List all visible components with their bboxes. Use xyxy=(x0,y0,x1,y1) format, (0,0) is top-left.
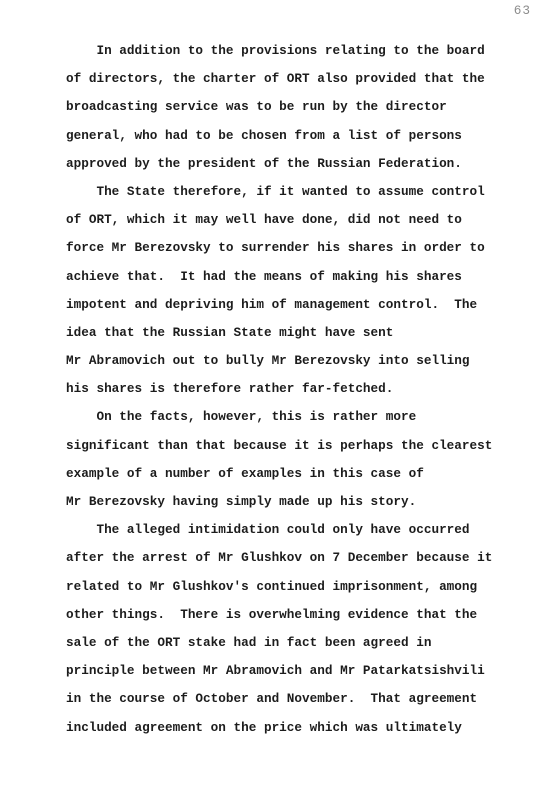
text-line: approved by the president of the Russian… xyxy=(66,150,526,178)
text-line: of ORT, which it may well have done, did… xyxy=(66,206,526,234)
text-line: related to Mr Glushkov's continued impri… xyxy=(66,573,526,601)
page-number: 63 xyxy=(514,4,531,18)
text-line: example of a number of examples in this … xyxy=(66,460,526,488)
text-line: in the course of October and November. T… xyxy=(66,685,526,713)
text-line: force Mr Berezovsky to surrender his sha… xyxy=(66,234,526,262)
text-line: of directors, the charter of ORT also pr… xyxy=(66,65,526,93)
text-line: principle between Mr Abramovich and Mr P… xyxy=(66,657,526,685)
text-line: sale of the ORT stake had in fact been a… xyxy=(66,629,526,657)
body-text: In addition to the provisions relating t… xyxy=(66,37,526,742)
text-line: general, who had to be chosen from a lis… xyxy=(66,122,526,150)
text-line: In addition to the provisions relating t… xyxy=(66,37,526,65)
text-line: broadcasting service was to be run by th… xyxy=(66,93,526,121)
text-line: Mr Berezovsky having simply made up his … xyxy=(66,488,526,516)
text-line: The State therefore, if it wanted to ass… xyxy=(66,178,526,206)
text-line: On the facts, however, this is rather mo… xyxy=(66,403,526,431)
document-page: 63 In addition to the provisions relatin… xyxy=(0,0,558,789)
text-line: his shares is therefore rather far-fetch… xyxy=(66,375,526,403)
text-line: significant than that because it is perh… xyxy=(66,432,526,460)
text-line: included agreement on the price which wa… xyxy=(66,714,526,742)
text-line: Mr Abramovich out to bully Mr Berezovsky… xyxy=(66,347,526,375)
text-line: The alleged intimidation could only have… xyxy=(66,516,526,544)
text-line: other things. There is overwhelming evid… xyxy=(66,601,526,629)
text-line: achieve that. It had the means of making… xyxy=(66,263,526,291)
text-line: after the arrest of Mr Glushkov on 7 Dec… xyxy=(66,544,526,572)
text-line: idea that the Russian State might have s… xyxy=(66,319,526,347)
text-line: impotent and depriving him of management… xyxy=(66,291,526,319)
